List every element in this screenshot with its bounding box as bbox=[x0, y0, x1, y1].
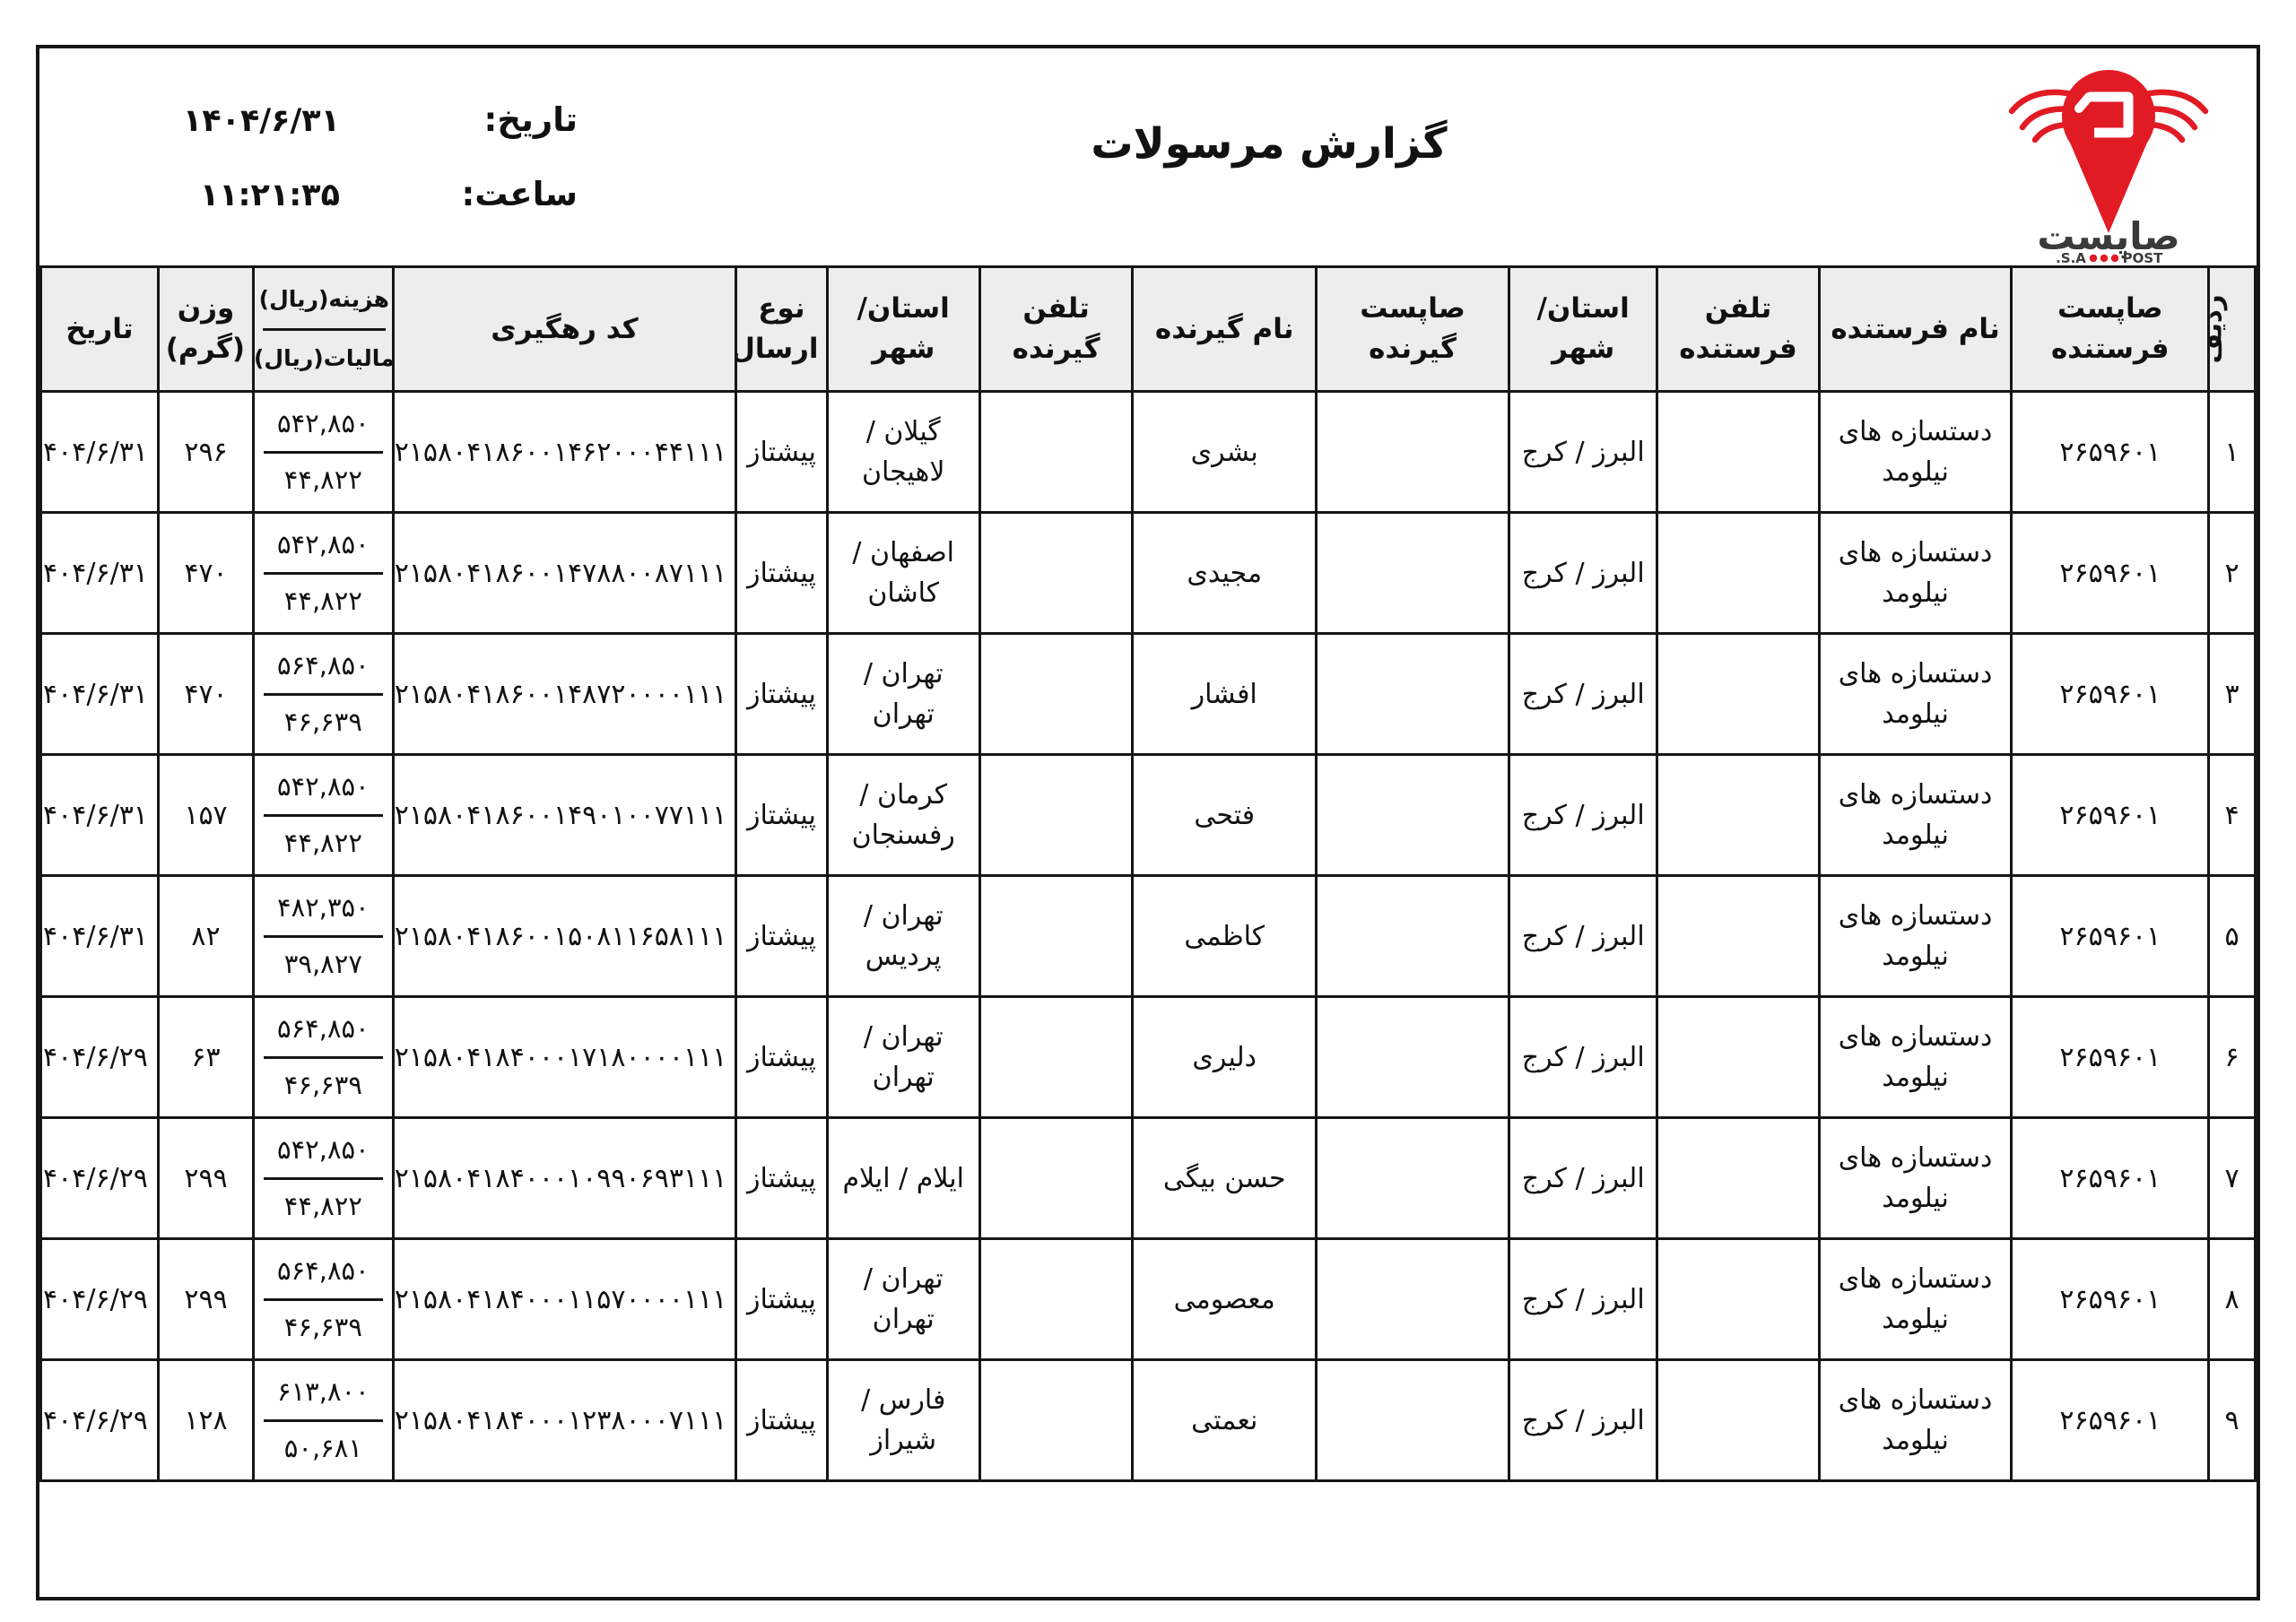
cell-cost-tax: ۵۶۴,۸۵۰ ۴۶,۶۳۹ bbox=[254, 1239, 394, 1360]
cell-radif: ۵ bbox=[2209, 876, 2256, 997]
cell-sender-name: دستسازه های نیلومد bbox=[1819, 755, 2012, 876]
cell-receiver-sapost bbox=[1317, 1118, 1509, 1239]
cell-receiver-name: افشار bbox=[1133, 634, 1317, 755]
header-receiver-sapost: صاپست گیرنده bbox=[1317, 267, 1509, 392]
cell-radif: ۹ bbox=[2209, 1360, 2256, 1481]
header-sender-sapost: صاپست فرستنده bbox=[2012, 267, 2209, 392]
cell-send-type: پیشتاز bbox=[736, 1239, 827, 1360]
table-row: ۳ ۲۶۵۹۶۰۱ دستسازه های نیلومد البرز / کرج… bbox=[41, 634, 2256, 755]
cell-receiver-phone bbox=[979, 997, 1132, 1118]
cell-receiver-name: مجیدی bbox=[1133, 513, 1317, 634]
cell-tax: ۴۴,۸۲۲ bbox=[264, 817, 383, 872]
cell-cost: ۵۴۲,۸۵۰ bbox=[264, 759, 383, 817]
header-sender-region: استان/ شهر bbox=[1509, 267, 1657, 392]
cell-cost: ۵۴۲,۸۵۰ bbox=[264, 396, 383, 454]
cell-sender-phone bbox=[1657, 997, 1819, 1118]
cell-sender-phone bbox=[1657, 513, 1819, 634]
header-cost-tax: هزینه(ریال) مالیات(ریال) bbox=[254, 267, 394, 392]
cell-tracking: ۲۲۱۵۸۰۴۱۸۴۰۰۰۱۷۱۸۰۰۰۰۱۱۱ bbox=[393, 997, 736, 1118]
logo-subtext-right: POST bbox=[2123, 250, 2164, 264]
cell-sender-phone bbox=[1657, 634, 1819, 755]
cell-sender-region: البرز / کرج bbox=[1509, 513, 1657, 634]
header-radif: ردیف bbox=[2209, 267, 2256, 392]
cell-receiver-region: تهران / تهران bbox=[827, 997, 979, 1118]
cell-send-type: پیشتاز bbox=[736, 997, 827, 1118]
cell-radif: ۲ bbox=[2209, 513, 2256, 634]
cell-sender-region: البرز / کرج bbox=[1509, 1118, 1657, 1239]
header-receiver-name: نام گیرنده bbox=[1133, 267, 1317, 392]
cell-receiver-sapost bbox=[1317, 1239, 1509, 1360]
cell-receiver-region: ایلام / ایلام bbox=[827, 1118, 979, 1239]
cell-tracking: ۲۲۱۵۸۰۴۱۸۴۰۰۰۱۲۳۸۰۰۰۷۱۱۱ bbox=[393, 1360, 736, 1481]
cell-weight: ۶۳ bbox=[158, 997, 253, 1118]
cell-send-type: پیشتاز bbox=[736, 876, 827, 997]
cell-receiver-region: کرمان / رفسنجان bbox=[827, 755, 979, 876]
datetime-block: تاریخ: ۱۴۰۴/۶/۳۱ ساعت: ۱۱:۲۱:۳۵ bbox=[39, 100, 578, 213]
cell-weight: ۴۷۰ bbox=[158, 634, 253, 755]
cell-tracking: ۲۲۱۵۸۰۴۱۸۶۰۰۱۴۸۷۲۰۰۰۰۱۱۱ bbox=[393, 634, 736, 755]
cell-receiver-sapost bbox=[1317, 634, 1509, 755]
cell-receiver-sapost bbox=[1317, 392, 1509, 513]
cell-receiver-phone bbox=[979, 513, 1132, 634]
cell-cost: ۵۴۲,۸۵۰ bbox=[264, 1123, 383, 1180]
cell-sender-region: البرز / کرج bbox=[1509, 392, 1657, 513]
header-cost: هزینه(ریال) bbox=[263, 272, 386, 331]
cell-sender-region: البرز / کرج bbox=[1509, 1360, 1657, 1481]
cell-date: ۱۴۰۴/۶/۲۹ bbox=[41, 997, 159, 1118]
header-tax: مالیات(ریال) bbox=[263, 331, 386, 387]
cell-sender-region: البرز / کرج bbox=[1509, 876, 1657, 997]
cell-sender-region: البرز / کرج bbox=[1509, 755, 1657, 876]
cell-cost-tax: ۶۱۳,۸۰۰ ۵۰,۶۸۱ bbox=[254, 1360, 394, 1481]
cell-weight: ۲۹۶ bbox=[158, 392, 253, 513]
cell-sender-name: دستسازه های نیلومد bbox=[1819, 1239, 2012, 1360]
cell-send-type: پیشتاز bbox=[736, 634, 827, 755]
cell-receiver-name: حسن بیگی bbox=[1133, 1118, 1317, 1239]
cell-tracking: ۲۲۱۵۸۰۴۱۸۶۰۰۱۵۰۸۱۱۶۵۸۱۱۱ bbox=[393, 876, 736, 997]
cell-sender-name: دستسازه های نیلومد bbox=[1819, 1360, 2012, 1481]
cell-cost: ۴۸۲,۳۵۰ bbox=[264, 880, 383, 938]
cell-radif: ۱ bbox=[2209, 392, 2256, 513]
cell-tax: ۴۴,۸۲۲ bbox=[264, 454, 383, 508]
cell-receiver-name: معصومی bbox=[1133, 1239, 1317, 1360]
cell-date: ۱۴۰۴/۶/۳۱ bbox=[41, 513, 159, 634]
cell-weight: ۴۷۰ bbox=[158, 513, 253, 634]
cell-sender-sapost: ۲۶۵۹۶۰۱ bbox=[2012, 392, 2209, 513]
cell-send-type: پیشتاز bbox=[736, 392, 827, 513]
cell-date: ۱۴۰۴/۶/۳۱ bbox=[41, 392, 159, 513]
cell-receiver-region: فارس / شیراز bbox=[827, 1360, 979, 1481]
cell-receiver-name: فتحی bbox=[1133, 755, 1317, 876]
cell-sender-phone bbox=[1657, 755, 1819, 876]
header-receiver-region: استان/ شهر bbox=[827, 267, 979, 392]
cell-receiver-region: اصفهان / کاشان bbox=[827, 513, 979, 634]
date-label: تاریخ: bbox=[443, 100, 578, 139]
sapost-logo: صاپست S.A. POST bbox=[1961, 50, 2257, 264]
cell-cost: ۵۴۲,۸۵۰ bbox=[264, 517, 383, 575]
cell-date: ۱۴۰۴/۶/۳۱ bbox=[41, 755, 159, 876]
cell-sender-phone bbox=[1657, 876, 1819, 997]
cell-sender-sapost: ۲۶۵۹۶۰۱ bbox=[2012, 1360, 2209, 1481]
report-page: صاپست S.A. POST گزارش مرسولات تاریخ: ۱۴۰… bbox=[36, 45, 2260, 1600]
date-value: ۱۴۰۴/۶/۳۱ bbox=[183, 103, 340, 139]
cell-receiver-region: تهران / تهران bbox=[827, 634, 979, 755]
cell-sender-sapost: ۲۶۵۹۶۰۱ bbox=[2012, 634, 2209, 755]
shipments-table: ردیف صاپست فرستنده نام فرستنده تلفن فرست… bbox=[39, 265, 2257, 1482]
cell-receiver-sapost bbox=[1317, 1360, 1509, 1481]
cell-sender-name: دستسازه های نیلومد bbox=[1819, 392, 2012, 513]
logo-subtext-left: S.A. bbox=[2056, 250, 2086, 264]
cell-sender-phone bbox=[1657, 1118, 1819, 1239]
cell-receiver-phone bbox=[979, 876, 1132, 997]
cell-sender-name: دستسازه های نیلومد bbox=[1819, 997, 2012, 1118]
table-header: ردیف صاپست فرستنده نام فرستنده تلفن فرست… bbox=[41, 267, 2256, 392]
cell-receiver-region: تهران / پردیس bbox=[827, 876, 979, 997]
cell-sender-region: البرز / کرج bbox=[1509, 997, 1657, 1118]
cell-sender-phone bbox=[1657, 1239, 1819, 1360]
cell-sender-name: دستسازه های نیلومد bbox=[1819, 876, 2012, 997]
header-tracking: کد رهگیری bbox=[393, 267, 736, 392]
header-sender-phone: تلفن فرستنده bbox=[1657, 267, 1819, 392]
cell-date: ۱۴۰۴/۶/۲۹ bbox=[41, 1239, 159, 1360]
cell-sender-name: دستسازه های نیلومد bbox=[1819, 1118, 2012, 1239]
header-row: ردیف صاپست فرستنده نام فرستنده تلفن فرست… bbox=[41, 267, 2256, 392]
cell-tracking: ۲۲۱۵۸۰۴۱۸۶۰۰۱۴۶۲۰۰۰۴۴۱۱۱ bbox=[393, 392, 736, 513]
cell-radif: ۴ bbox=[2209, 755, 2256, 876]
cell-sender-sapost: ۲۶۵۹۶۰۱ bbox=[2012, 513, 2209, 634]
cell-receiver-phone bbox=[979, 392, 1132, 513]
cell-date: ۱۴۰۴/۶/۳۱ bbox=[41, 634, 159, 755]
cell-tracking: ۲۲۱۵۸۰۴۱۸۶۰۰۱۴۷۸۸۰۰۸۷۱۱۱ bbox=[393, 513, 736, 634]
cell-cost: ۵۶۴,۸۵۰ bbox=[264, 1002, 383, 1059]
cell-date: ۱۴۰۴/۶/۳۱ bbox=[41, 876, 159, 997]
cell-send-type: پیشتاز bbox=[736, 1118, 827, 1239]
cell-weight: ۱۲۸ bbox=[158, 1360, 253, 1481]
cell-receiver-phone bbox=[979, 1118, 1132, 1239]
cell-cost-tax: ۵۴۲,۸۵۰ ۴۴,۸۲۲ bbox=[254, 392, 394, 513]
cell-weight: ۸۲ bbox=[158, 876, 253, 997]
cell-sender-region: البرز / کرج bbox=[1509, 1239, 1657, 1360]
cell-cost-tax: ۵۶۴,۸۵۰ ۴۶,۶۳۹ bbox=[254, 634, 394, 755]
cell-cost: ۵۶۴,۸۵۰ bbox=[264, 638, 383, 696]
cell-receiver-sapost bbox=[1317, 513, 1509, 634]
table-row: ۴ ۲۶۵۹۶۰۱ دستسازه های نیلومد البرز / کرج… bbox=[41, 755, 2256, 876]
cell-radif: ۸ bbox=[2209, 1239, 2256, 1360]
cell-sender-sapost: ۲۶۵۹۶۰۱ bbox=[2012, 1239, 2209, 1360]
cell-receiver-sapost bbox=[1317, 876, 1509, 997]
cell-cost: ۵۶۴,۸۵۰ bbox=[264, 1244, 383, 1301]
time-label: ساعت: bbox=[443, 175, 578, 213]
cell-receiver-sapost bbox=[1317, 755, 1509, 876]
cell-tracking: ۲۲۱۵۸۰۴۱۸۴۰۰۰۱۱۵۷۰۰۰۰۱۱۱ bbox=[393, 1239, 736, 1360]
time-value: ۱۱:۲۱:۳۵ bbox=[200, 178, 340, 213]
cell-sender-sapost: ۲۶۵۹۶۰۱ bbox=[2012, 1118, 2209, 1239]
header-receiver-phone: تلفن گیرنده bbox=[979, 267, 1132, 392]
cell-sender-sapost: ۲۶۵۹۶۰۱ bbox=[2012, 997, 2209, 1118]
cell-cost-tax: ۵۴۲,۸۵۰ ۴۴,۸۲۲ bbox=[254, 513, 394, 634]
cell-receiver-name: بشری bbox=[1133, 392, 1317, 513]
date-row: تاریخ: ۱۴۰۴/۶/۳۱ bbox=[183, 100, 578, 139]
sapost-logo-graphic: صاپست S.A. POST bbox=[2001, 56, 2216, 264]
cell-receiver-name: نعمتی bbox=[1133, 1360, 1317, 1481]
header-date: تاریخ bbox=[41, 267, 159, 392]
cell-tax: ۴۶,۶۳۹ bbox=[264, 696, 383, 750]
table-row: ۸ ۲۶۵۹۶۰۱ دستسازه های نیلومد البرز / کرج… bbox=[41, 1239, 2256, 1360]
cell-sender-sapost: ۲۶۵۹۶۰۱ bbox=[2012, 876, 2209, 997]
cell-send-type: پیشتاز bbox=[736, 1360, 827, 1481]
table-row: ۵ ۲۶۵۹۶۰۱ دستسازه های نیلومد البرز / کرج… bbox=[41, 876, 2256, 997]
cell-cost-tax: ۵۴۲,۸۵۰ ۴۴,۸۲۲ bbox=[254, 1118, 394, 1239]
table-body: ۱ ۲۶۵۹۶۰۱ دستسازه های نیلومد البرز / کرج… bbox=[41, 392, 2256, 1481]
cell-sender-phone bbox=[1657, 392, 1819, 513]
header-sender-name: نام فرستنده bbox=[1819, 267, 2012, 392]
cell-date: ۱۴۰۴/۶/۲۹ bbox=[41, 1118, 159, 1239]
header-send-type: نوع ارسال bbox=[736, 267, 827, 392]
cell-tax: ۵۰,۶۸۱ bbox=[264, 1422, 383, 1477]
cell-cost-tax: ۵۴۲,۸۵۰ ۴۴,۸۲۲ bbox=[254, 755, 394, 876]
cell-date: ۱۴۰۴/۶/۲۹ bbox=[41, 1360, 159, 1481]
cell-send-type: پیشتاز bbox=[736, 755, 827, 876]
cell-tax: ۴۴,۸۲۲ bbox=[264, 1180, 383, 1235]
cell-weight: ۲۹۹ bbox=[158, 1118, 253, 1239]
cell-receiver-name: کاظمی bbox=[1133, 876, 1317, 997]
cell-radif: ۶ bbox=[2209, 997, 2256, 1118]
cell-sender-region: البرز / کرج bbox=[1509, 634, 1657, 755]
cell-tax: ۳۹,۸۲۷ bbox=[264, 938, 383, 993]
time-row: ساعت: ۱۱:۲۱:۳۵ bbox=[200, 175, 578, 213]
cell-receiver-phone bbox=[979, 634, 1132, 755]
cell-receiver-region: تهران / تهران bbox=[827, 1239, 979, 1360]
page-title: گزارش مرسولات bbox=[578, 119, 1961, 195]
cell-radif: ۳ bbox=[2209, 634, 2256, 755]
cell-receiver-phone bbox=[979, 1239, 1132, 1360]
cell-weight: ۱۵۷ bbox=[158, 755, 253, 876]
cell-tracking: ۲۲۱۵۸۰۴۱۸۶۰۰۱۴۹۰۱۰۰۷۷۱۱۱ bbox=[393, 755, 736, 876]
cell-receiver-name: دلیری bbox=[1133, 997, 1317, 1118]
cell-cost-tax: ۴۸۲,۳۵۰ ۳۹,۸۲۷ bbox=[254, 876, 394, 997]
report-header: صاپست S.A. POST گزارش مرسولات تاریخ: ۱۴۰… bbox=[39, 48, 2257, 265]
table-row: ۱ ۲۶۵۹۶۰۱ دستسازه های نیلومد البرز / کرج… bbox=[41, 392, 2256, 513]
cell-sender-sapost: ۲۶۵۹۶۰۱ bbox=[2012, 755, 2209, 876]
cell-tax: ۴۶,۶۳۹ bbox=[264, 1059, 383, 1114]
table-row: ۹ ۲۶۵۹۶۰۱ دستسازه های نیلومد البرز / کرج… bbox=[41, 1360, 2256, 1481]
cell-receiver-sapost bbox=[1317, 997, 1509, 1118]
cell-receiver-region: گیلان / لاهیجان bbox=[827, 392, 979, 513]
table-row: ۷ ۲۶۵۹۶۰۱ دستسازه های نیلومد البرز / کرج… bbox=[41, 1118, 2256, 1239]
table-row: ۲ ۲۶۵۹۶۰۱ دستسازه های نیلومد البرز / کرج… bbox=[41, 513, 2256, 634]
cell-receiver-phone bbox=[979, 1360, 1132, 1481]
cell-tax: ۴۶,۶۳۹ bbox=[264, 1301, 383, 1356]
cell-weight: ۲۹۹ bbox=[158, 1239, 253, 1360]
cell-tax: ۴۴,۸۲۲ bbox=[264, 575, 383, 629]
cell-cost: ۶۱۳,۸۰۰ bbox=[264, 1365, 383, 1422]
header-weight: وزن (گرم) bbox=[158, 267, 253, 392]
cell-sender-name: دستسازه های نیلومد bbox=[1819, 513, 2012, 634]
cell-tracking: ۲۲۱۵۸۰۴۱۸۴۰۰۰۱۰۹۹۰۶۹۳۱۱۱ bbox=[393, 1118, 736, 1239]
cell-sender-name: دستسازه های نیلومد bbox=[1819, 634, 2012, 755]
table-row: ۶ ۲۶۵۹۶۰۱ دستسازه های نیلومد البرز / کرج… bbox=[41, 997, 2256, 1118]
cell-radif: ۷ bbox=[2209, 1118, 2256, 1239]
cell-receiver-phone bbox=[979, 755, 1132, 876]
cell-cost-tax: ۵۶۴,۸۵۰ ۴۶,۶۳۹ bbox=[254, 997, 394, 1118]
logo-pin bbox=[2062, 70, 2155, 233]
cell-send-type: پیشتاز bbox=[736, 513, 827, 634]
cell-sender-phone bbox=[1657, 1360, 1819, 1481]
